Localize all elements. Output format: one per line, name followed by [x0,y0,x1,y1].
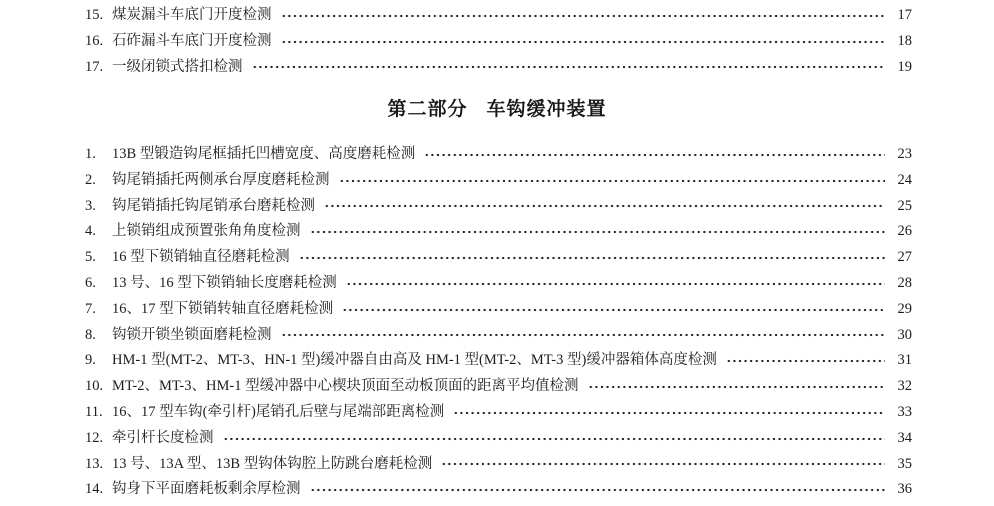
dot-leader [339,174,886,188]
entry-title: 钩身下平面磨耗板剩余厚检测 [112,477,301,503]
entry-page-number: 30 [892,323,912,349]
entry-title: 13B 型锻造钩尾框插托凹槽宽度、高度磨耗检测 [112,142,415,168]
dot-leader [299,251,885,265]
dot-leader [310,225,886,239]
entry-title: 钩锁开锁坐锁面磨耗检测 [112,323,272,349]
section-part-label: 第二部分 [387,99,467,120]
entry-page-number: 28 [892,271,912,297]
dot-leader [310,483,886,497]
toc-list-part1-continued: 15.煤炭漏斗车底门开度检测1716.石砟漏斗车底门开度检测1817.一级闭锁式… [85,3,912,80]
toc-entry: 1.13B 型锻造钩尾框插托凹槽宽度、高度磨耗检测23 [85,142,912,168]
entry-page-number: 17 [892,3,912,29]
entry-title: 一级闭锁式搭扣检测 [112,55,243,81]
entry-number: 14. [85,477,112,503]
entry-number: 6. [85,271,112,297]
dot-leader [346,277,885,291]
dot-leader [342,303,885,317]
entry-number: 17. [85,55,112,81]
section-heading: 第二部分车钩缓冲装置 [0,98,994,122]
dot-leader [252,60,886,74]
section-part-title: 车钩缓冲装置 [487,99,607,120]
toc-entry: 16.石砟漏斗车底门开度检测18 [85,29,912,55]
toc-entry: 9.HM-1 型(MT-2、MT-3、HN-1 型)缓冲器自由高及 HM-1 型… [85,348,912,374]
entry-title: 16、17 型车钩(牵引杆)尾销孔后壁与尾端部距离检测 [112,400,444,426]
dot-leader [441,457,885,471]
toc-entry: 17.一级闭锁式搭扣检测19 [85,55,912,81]
entry-page-number: 29 [892,297,912,323]
toc-entry: 2.钩尾销插托两侧承台厚度磨耗检测24 [85,168,912,194]
toc-entry: 7.16、17 型下锁销转轴直径磨耗检测29 [85,297,912,323]
toc-entry: 6.13 号、16 型下锁销轴长度磨耗检测28 [85,271,912,297]
dot-leader [588,380,885,394]
entry-title: 16 型下锁销轴直径磨耗检测 [112,245,290,271]
toc-entry: 5.16 型下锁销轴直径磨耗检测27 [85,245,912,271]
entry-number: 10. [85,374,112,400]
entry-page-number: 31 [892,348,912,374]
dot-leader [726,354,885,368]
toc-entry: 15.煤炭漏斗车底门开度检测17 [85,3,912,29]
entry-page-number: 18 [892,29,912,55]
entry-page-number: 19 [892,55,912,81]
entry-title: 牵引杆长度检测 [112,426,214,452]
dot-leader [281,9,886,23]
entry-number: 16. [85,29,112,55]
toc-entry: 14.钩身下平面磨耗板剩余厚检测36 [85,477,912,503]
entry-title: 16、17 型下锁销转轴直径磨耗检测 [112,297,333,323]
entry-title: 上锁销组成预置张角角度检测 [112,219,301,245]
entry-number: 5. [85,245,112,271]
entry-page-number: 35 [892,452,912,478]
toc-page: 15.煤炭漏斗车底门开度检测1716.石砟漏斗车底门开度检测1817.一级闭锁式… [0,0,994,506]
toc-entry: 10.MT-2、MT-3、HM-1 型缓冲器中心楔块顶面至动板顶面的距离平均值检… [85,374,912,400]
entry-title: 煤炭漏斗车底门开度检测 [112,3,272,29]
dot-leader [453,406,885,420]
entry-page-number: 33 [892,400,912,426]
entry-page-number: 27 [892,245,912,271]
entry-page-number: 26 [892,219,912,245]
entry-page-number: 34 [892,426,912,452]
toc-entry: 13.13 号、13A 型、13B 型钩体钩腔上防跳台磨耗检测35 [85,452,912,478]
entry-page-number: 36 [892,477,912,503]
toc-entry: 12.牵引杆长度检测34 [85,426,912,452]
entry-title: MT-2、MT-3、HM-1 型缓冲器中心楔块顶面至动板顶面的距离平均值检测 [112,374,579,400]
entry-number: 11. [85,400,112,426]
dot-leader [424,148,885,162]
entry-title: HM-1 型(MT-2、MT-3、HN-1 型)缓冲器自由高及 HM-1 型(M… [112,348,717,374]
entry-number: 9. [85,348,112,374]
entry-number: 12. [85,426,112,452]
toc-entry: 4.上锁销组成预置张角角度检测26 [85,219,912,245]
toc-list-part2: 1.13B 型锻造钩尾框插托凹槽宽度、高度磨耗检测232.钩尾销插托两侧承台厚度… [85,142,912,503]
entry-title: 13 号、16 型下锁销轴长度磨耗检测 [112,271,337,297]
dot-leader [281,328,886,342]
entry-page-number: 24 [892,168,912,194]
entry-title: 钩尾销插托两侧承台厚度磨耗检测 [112,168,330,194]
entry-number: 3. [85,194,112,220]
entry-number: 4. [85,219,112,245]
entry-number: 1. [85,142,112,168]
entry-title: 钩尾销插托钩尾销承台磨耗检测 [112,194,315,220]
dot-leader [281,35,886,49]
entry-title: 13 号、13A 型、13B 型钩体钩腔上防跳台磨耗检测 [112,452,432,478]
entry-number: 15. [85,3,112,29]
toc-entry: 11.16、17 型车钩(牵引杆)尾销孔后壁与尾端部距离检测33 [85,400,912,426]
toc-entry: 8.钩锁开锁坐锁面磨耗检测30 [85,323,912,349]
entry-number: 2. [85,168,112,194]
dot-leader [324,199,885,213]
dot-leader [223,432,886,446]
entry-number: 8. [85,323,112,349]
entry-number: 13. [85,452,112,478]
entry-title: 石砟漏斗车底门开度检测 [112,29,272,55]
entry-page-number: 23 [892,142,912,168]
entry-page-number: 32 [892,374,912,400]
toc-entry: 3.钩尾销插托钩尾销承台磨耗检测25 [85,194,912,220]
entry-number: 7. [85,297,112,323]
entry-page-number: 25 [892,194,912,220]
